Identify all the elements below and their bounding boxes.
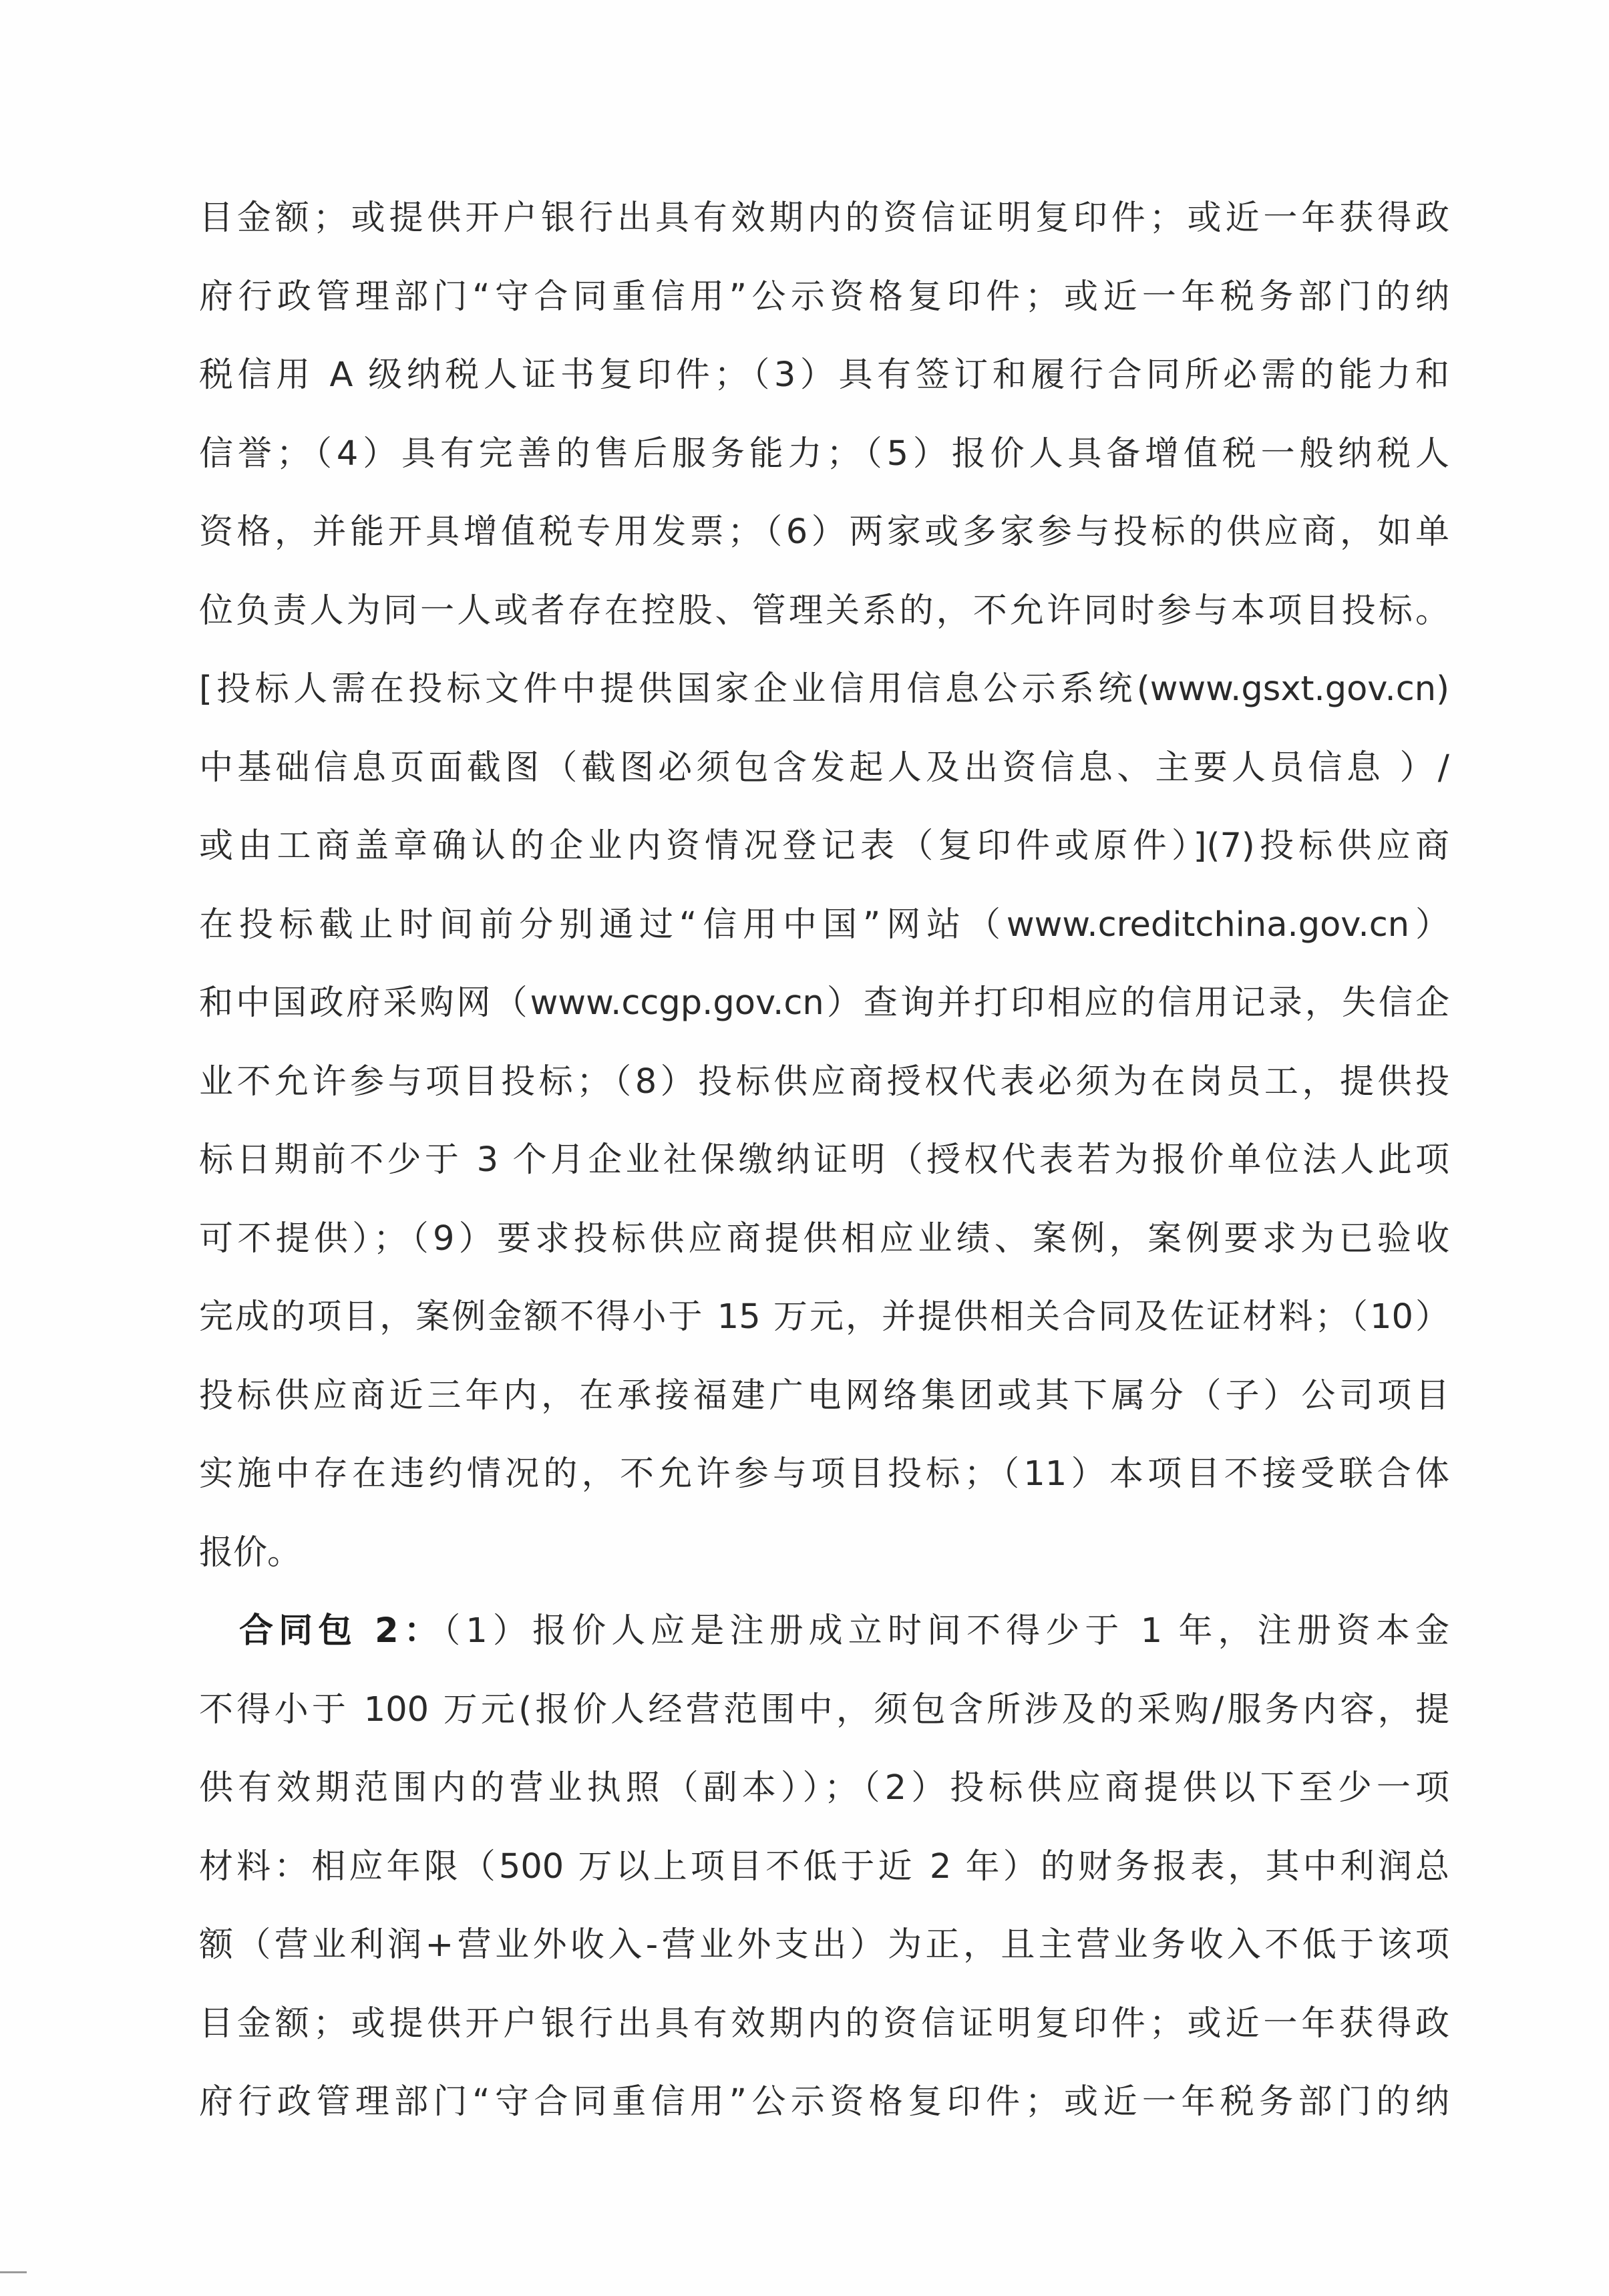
text-line: 可不提供）；（9）要求投标供应商提供相应业绩、案例，案例要求为已验收	[199, 1200, 1449, 1279]
text-line: 不得小于 100 万元(报价人经营范围中，须包含所涉及的采购/服务内容，提	[199, 1671, 1449, 1750]
text-line: 实施中存在违约情况的，不允许参与项目投标；（11）本项目不接受联合体	[199, 1435, 1449, 1514]
text-line: 在投标截止时间前分别通过“信用中国”网站（www.creditchina.gov…	[199, 886, 1449, 965]
text-line: 额（营业利润+营业外收入-营业外支出）为正，且主营业务收入不低于该项	[199, 1906, 1449, 1985]
text-line: 投标供应商近三年内，在承接福建广电网络集团或其下属分（子）公司项目	[199, 1357, 1449, 1436]
scan-edge-mark	[0, 2271, 27, 2273]
text-line: 目金额；或提供开户银行出具有效期内的资信证明复印件；或近一年获得政	[199, 1985, 1449, 2064]
text-line: 府行政管理部门“守合同重信用”公示资格复印件；或近一年税务部门的纳	[199, 2063, 1449, 2142]
text-line: 供有效期范围内的营业执照（副本））；（2）投标供应商提供以下至少一项	[199, 1749, 1449, 1828]
text-line: 和中国政府采购网（www.ccgp.gov.cn）查询并打印相应的信用记录，失信…	[199, 964, 1449, 1043]
text-line: 材料：相应年限（500 万以上项目不低于近 2 年）的财务报表，其中利润总	[199, 1828, 1449, 1907]
text-line: 资格，并能开具增值税专用发票；（6）两家或多家参与投标的供应商，如单	[199, 493, 1449, 572]
text-line: [投标人需在投标文件中提供国家企业信用信息公示系统(www.gsxt.gov.c…	[199, 650, 1449, 729]
text-line: 中基础信息页面截图（截图必须包含发起人及出资信息、主要人员信息 ）/	[199, 729, 1449, 808]
document-body: 目金额；或提供开户银行出具有效期内的资信证明复印件；或近一年获得政 府行政管理部…	[199, 179, 1449, 2142]
text-line: 或由工商盖章确认的企业内资情况登记表（复印件或原件）](7)投标供应商	[199, 807, 1449, 886]
package-2-label: 合同包 2：	[239, 1611, 443, 1651]
text-line: 业不允许参与项目投标；（8）投标供应商授权代表必须为在岗员工，提供投	[199, 1043, 1449, 1122]
text-line: 目金额；或提供开户银行出具有效期内的资信证明复印件；或近一年获得政	[199, 179, 1449, 258]
text-line: 府行政管理部门“守合同重信用”公示资格复印件；或近一年税务部门的纳	[199, 258, 1449, 337]
scanned-document-page: 目金额；或提供开户银行出具有效期内的资信证明复印件；或近一年获得政 府行政管理部…	[0, 0, 1609, 2296]
package-2-first-line: 合同包 2：（1）报价人应是注册成立时间不得少于 1 年，注册资本金	[199, 1592, 1449, 1671]
text-line: 完成的项目，案例金额不得小于 15 万元，并提供相关合同及佐证材料；（10）	[199, 1278, 1449, 1357]
text-line-paragraph-end: 报价。	[199, 1514, 1449, 1593]
text-line: 位负责人为同一人或者存在控股、管理关系的，不允许同时参与本项目投标。	[199, 572, 1449, 651]
text-line: 标日期前不少于 3 个月企业社保缴纳证明（授权代表若为报价单位法人此项	[199, 1121, 1449, 1200]
package-2-first-line-text: （1）报价人应是注册成立时间不得少于 1 年，注册资本金	[443, 1611, 1449, 1651]
text-line: 税信用 A 级纳税人证书复印件；（3）具有签订和履行合同所必需的能力和	[199, 336, 1449, 415]
text-line: 信誉；（4）具有完善的售后服务能力；（5）报价人具备增值税一般纳税人	[199, 415, 1449, 494]
